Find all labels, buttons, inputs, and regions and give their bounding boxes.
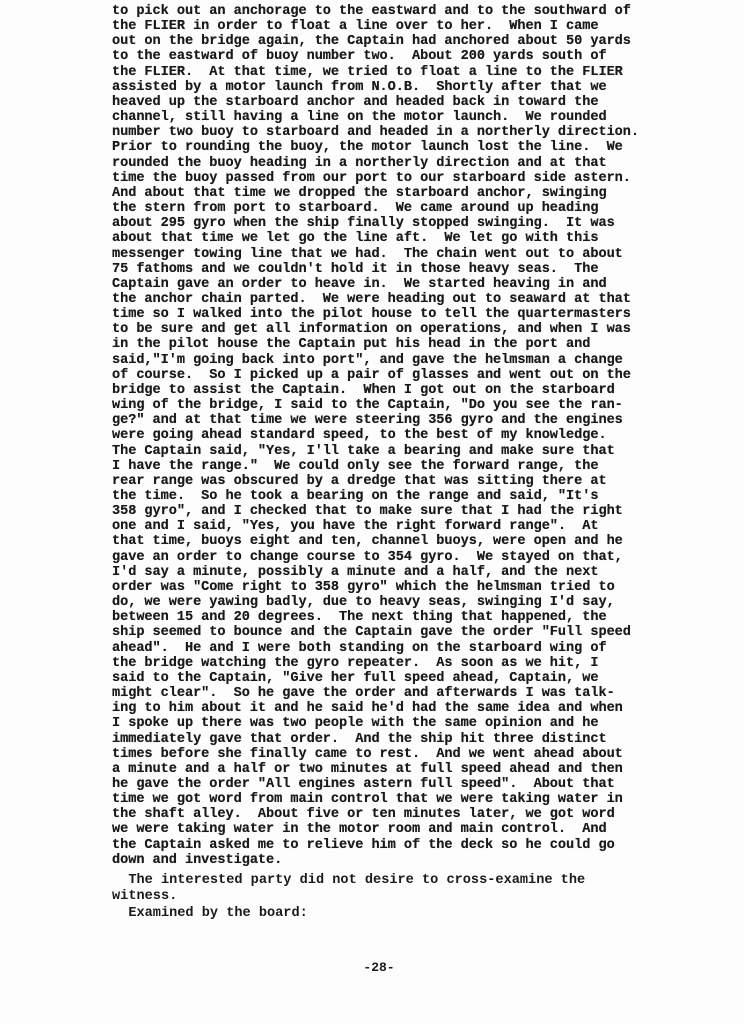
text-line: he gave the order "All engines astern fu… (112, 777, 712, 792)
text-line: ing to him about it and he said he'd had… (112, 701, 712, 716)
testimony-paragraph: to pick out an anchorage to the eastward… (112, 4, 712, 868)
text-line: between 15 and 20 degrees. The next thin… (112, 610, 712, 625)
cross-examination-note: The interested party did not desire to c… (112, 873, 585, 906)
text-line: I spoke up there was two people with the… (112, 716, 712, 731)
text-line: we were taking water in the motor room a… (112, 822, 712, 837)
text-line: said to the Captain, "Give her full spee… (112, 671, 712, 686)
text-line: might clear". So he gave the order and a… (112, 686, 712, 701)
examined-by-board-heading: Examined by the board: (112, 906, 308, 922)
text-line: And about that time we dropped the starb… (112, 186, 712, 201)
text-line: The Captain said, "Yes, I'll take a bear… (112, 444, 712, 459)
page-number: -28- (0, 960, 744, 975)
text-line: wing of the bridge, I said to the Captai… (112, 398, 712, 413)
text-line: I have the range." We could only see the… (112, 459, 712, 474)
text-line: a minute and a half or two minutes at fu… (112, 762, 712, 777)
document-page: to pick out an anchorage to the eastward… (0, 0, 744, 1024)
text-line: of course. So I picked up a pair of glas… (112, 368, 712, 383)
text-line: number two buoy to starboard and headed … (112, 125, 712, 140)
text-line: the anchor chain parted. We were heading… (112, 292, 712, 307)
text-line: time the buoy passed from our port to ou… (112, 171, 712, 186)
text-line: 358 gyro", and I checked that to make su… (112, 504, 712, 519)
text-line: The interested party did not desire to c… (112, 873, 585, 889)
text-line: in the pilot house the Captain put his h… (112, 337, 712, 352)
text-line: 75 fathoms and we couldn't hold it in th… (112, 262, 712, 277)
text-line: witness. (112, 889, 585, 905)
text-line: to be sure and get all information on op… (112, 322, 712, 337)
text-line: were going ahead standard speed, to the … (112, 428, 712, 443)
text-line: the Captain asked me to relieve him of t… (112, 838, 712, 853)
text-line: one and I said, "Yes, you have the right… (112, 519, 712, 534)
text-line: Captain gave an order to heave in. We st… (112, 277, 712, 292)
text-line: the stern from port to starboard. We cam… (112, 201, 712, 216)
text-line: gave an order to change course to 354 gy… (112, 550, 712, 565)
text-line: time we got word from main control that … (112, 792, 712, 807)
text-line: assisted by a motor launch from N.O.B. S… (112, 80, 712, 95)
text-line: that time, buoys eight and ten, channel … (112, 534, 712, 549)
text-line: ahead". He and I were both standing on t… (112, 641, 712, 656)
text-line: rounded the buoy heading in a northerly … (112, 156, 712, 171)
text-line: said,"I'm going back into port", and gav… (112, 353, 712, 368)
text-line: channel, still having a line on the moto… (112, 110, 712, 125)
text-line: about 295 gyro when the ship finally sto… (112, 216, 712, 231)
text-line: out on the bridge again, the Captain had… (112, 34, 712, 49)
text-line: I'd say a minute, possibly a minute and … (112, 565, 712, 580)
text-line: messenger towing line that we had. The c… (112, 247, 712, 262)
text-line: do, we were yawing badly, due to heavy s… (112, 595, 712, 610)
text-line: about that time we let go the line aft. … (112, 231, 712, 246)
text-line: to the eastward of buoy number two. Abou… (112, 49, 712, 64)
text-line: times before she finally came to rest. A… (112, 747, 712, 762)
text-line: ge?" and at that time we were steering 3… (112, 413, 712, 428)
text-line: rear range was obscured by a dredge that… (112, 474, 712, 489)
text-line: the bridge watching the gyro repeater. A… (112, 656, 712, 671)
text-line: to pick out an anchorage to the eastward… (112, 4, 712, 19)
text-line: the time. So he took a bearing on the ra… (112, 489, 712, 504)
text-line: order was "Come right to 358 gyro" which… (112, 580, 712, 595)
text-line: ship seemed to bounce and the Captain ga… (112, 625, 712, 640)
text-line: the FLIER in order to float a line over … (112, 19, 712, 34)
text-line: immediately gave that order. And the shi… (112, 732, 712, 747)
text-line: time so I walked into the pilot house to… (112, 307, 712, 322)
text-line: bridge to assist the Captain. When I got… (112, 383, 712, 398)
text-line: the shaft alley. About five or ten minut… (112, 807, 712, 822)
text-line: Prior to rounding the buoy, the motor la… (112, 140, 712, 155)
text-line: the FLIER. At that time, we tried to flo… (112, 65, 712, 80)
text-line: down and investigate. (112, 853, 712, 868)
text-line: heaved up the starboard anchor and heade… (112, 95, 712, 110)
